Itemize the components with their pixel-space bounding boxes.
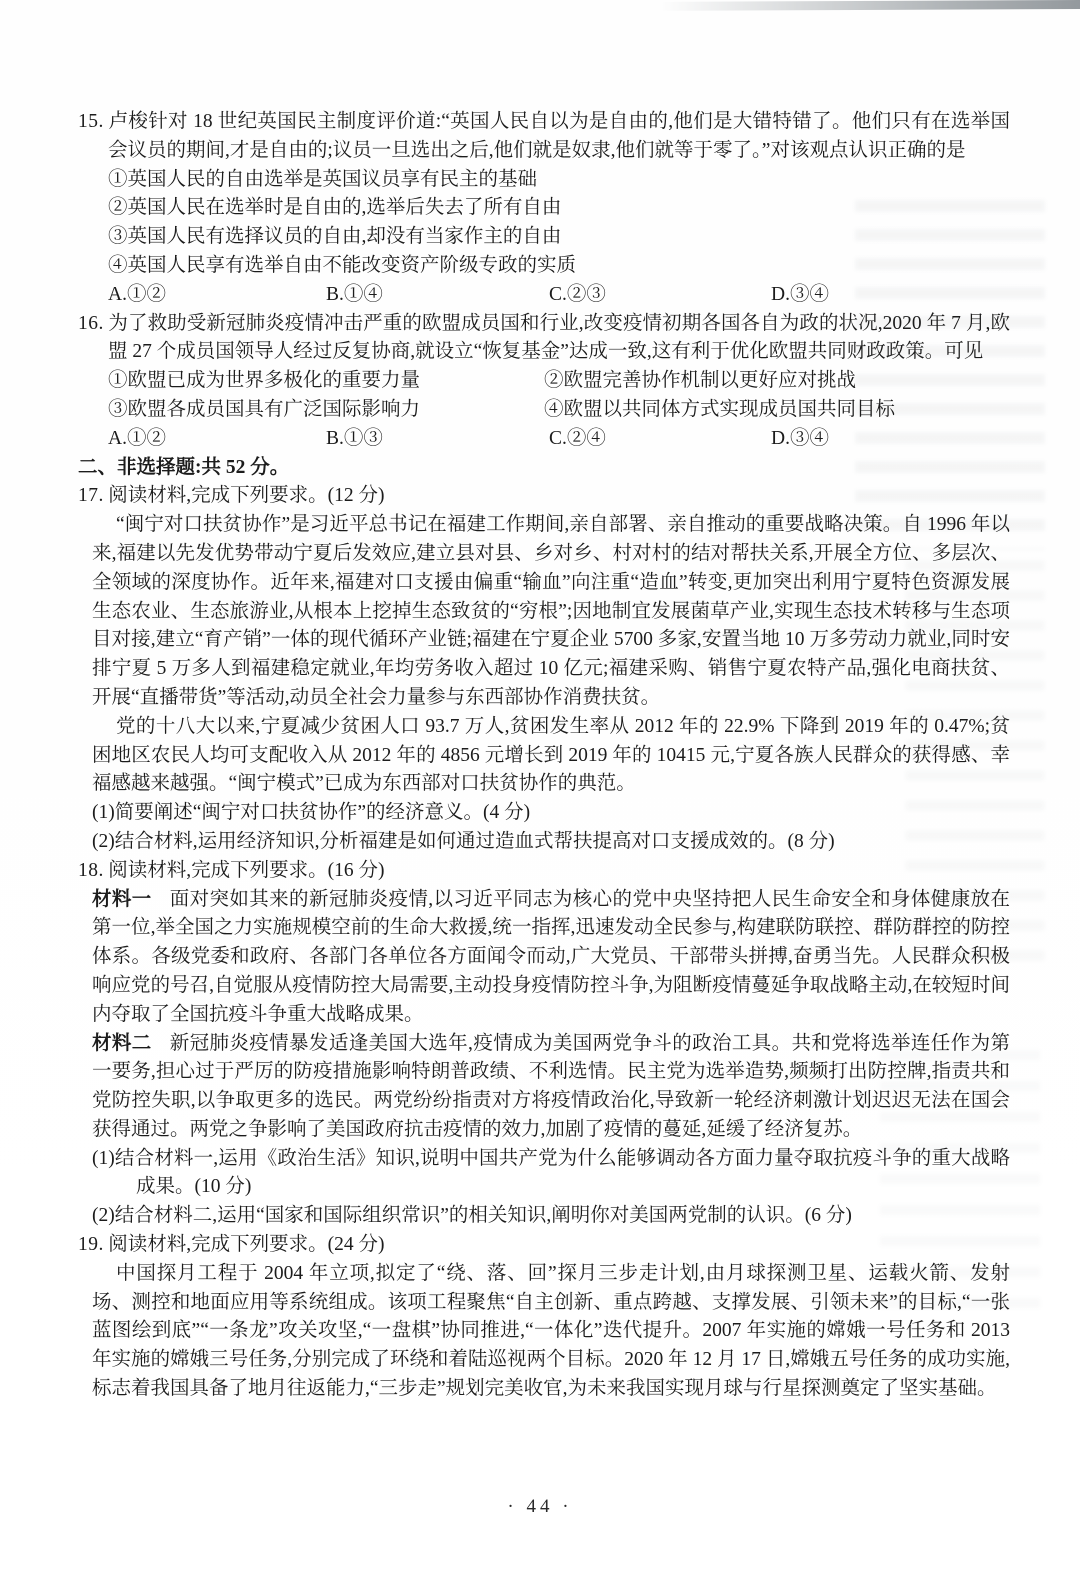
q19-header: 19.阅读材料,完成下列要求。(24 分) bbox=[78, 1231, 1010, 1260]
q16-option-3: ③欧盟各成员国具有广泛国际影响力 bbox=[108, 396, 544, 425]
question-15: 15.卢梭针对 18 世纪英国民主制度评价道:“英国人民自以为是自由的,他们是大… bbox=[78, 108, 1010, 310]
q17-paragraph-1: “闽宁对口扶贫协作”是习近平总书记在福建工作期间,亲自部署、亲自推动的重要战略决… bbox=[78, 511, 1010, 713]
q18-material-2-label: 材料二 bbox=[92, 1033, 152, 1054]
q15-number: 15. bbox=[78, 111, 108, 132]
q16-stem: 16.为了救助受新冠肺炎疫情冲击严重的欧盟成员国和行业,改变疫情初期各国各自为政… bbox=[78, 310, 1010, 368]
q15-stem: 15.卢梭针对 18 世纪英国民主制度评价道:“英国人民自以为是自由的,他们是大… bbox=[78, 108, 1010, 166]
q17-subquestion-1: (1)简要阐述“闽宁对口扶贫协作”的经济意义。(4 分) bbox=[78, 799, 1010, 828]
q15-choice-d: D.③④ bbox=[771, 281, 1010, 310]
q18-header-text: 阅读材料,完成下列要求。(16 分) bbox=[108, 860, 384, 881]
q15-choice-a: A.①② bbox=[108, 281, 326, 310]
q15-option-4: ④英国人民享有选举自由不能改变资产阶级专政的实质 bbox=[78, 252, 1010, 281]
q16-choice-d: D.③④ bbox=[771, 425, 1010, 454]
q16-options-row-2: ③欧盟各成员国具有广泛国际影响力 ④欧盟以共同体方式实现成员国共同目标 bbox=[78, 396, 1010, 425]
q18-number: 18. bbox=[78, 860, 108, 881]
q17-header: 17.阅读材料,完成下列要求。(12 分) bbox=[78, 482, 1010, 511]
q16-choice-a: A.①② bbox=[108, 425, 326, 454]
q15-choice-b: B.①④ bbox=[326, 281, 549, 310]
q15-answer-choices: A.①② B.①④ C.②③ D.③④ bbox=[78, 281, 1010, 310]
q16-choice-c: C.②④ bbox=[549, 425, 771, 454]
q15-stem-text: 卢梭针对 18 世纪英国民主制度评价道:“英国人民自以为是自由的,他们是大错特错… bbox=[108, 111, 1010, 161]
page-number: · 44 · bbox=[0, 1496, 1080, 1518]
page-content: 15.卢梭针对 18 世纪英国民主制度评价道:“英国人民自以为是自由的,他们是大… bbox=[78, 108, 1010, 1404]
q16-options-row-1: ①欧盟已成为世界多极化的重要力量 ②欧盟完善协作机制以更好应对挑战 bbox=[78, 367, 1010, 396]
scan-edge-artifact bbox=[660, 0, 1080, 11]
q16-option-1: ①欧盟已成为世界多极化的重要力量 bbox=[108, 367, 544, 396]
q18-header: 18.阅读材料,完成下列要求。(16 分) bbox=[78, 857, 1010, 886]
q17-paragraph-2: 党的十八大以来,宁夏减少贫困人口 93.7 万人,贫困发生率从 2012 年的 … bbox=[78, 713, 1010, 799]
q15-option-1: ①英国人民的自由选举是英国议员享有民主的基础 bbox=[78, 166, 1010, 195]
q15-choice-c: C.②③ bbox=[549, 281, 771, 310]
q15-option-2: ②英国人民在选举时是自由的,选举后失去了所有自由 bbox=[78, 194, 1010, 223]
q18-material-2-text: 新冠肺炎疫情暴发适逢美国大选年,疫情成为美国两党争斗的政治工具。共和党将选举连任… bbox=[92, 1033, 1010, 1140]
q18-subquestion-2: (2)结合材料二,运用“国家和国际组织常识”的相关知识,阐明你对美国两党制的认识… bbox=[78, 1202, 1010, 1231]
q17-subquestion-2: (2)结合材料,运用经济知识,分析福建是如何通过造血式帮扶提高对口支援成效的。(… bbox=[78, 828, 1010, 857]
q16-answer-choices: A.①② B.①③ C.②④ D.③④ bbox=[78, 425, 1010, 454]
q16-choice-b: B.①③ bbox=[326, 425, 549, 454]
q18-subquestion-1: (1)结合材料一,运用《政治生活》知识,说明中国共产党为什么能够调动各方面力量夺… bbox=[78, 1145, 1010, 1203]
q18-material-1-label: 材料一 bbox=[92, 889, 152, 910]
q15-option-3: ③英国人民有选择议员的自由,却没有当家作主的自由 bbox=[78, 223, 1010, 252]
q18-material-1: 材料一面对突如其来的新冠肺炎疫情,以习近平同志为核心的党中央坚持把人民生命安全和… bbox=[78, 886, 1010, 1030]
q16-option-2: ②欧盟完善协作机制以更好应对挑战 bbox=[544, 367, 1010, 396]
question-18: 18.阅读材料,完成下列要求。(16 分) 材料一面对突如其来的新冠肺炎疫情,以… bbox=[78, 857, 1010, 1231]
q18-material-1-text: 面对突如其来的新冠肺炎疫情,以习近平同志为核心的党中央坚持把人民生命安全和身体健… bbox=[92, 889, 1010, 1025]
question-17: 17.阅读材料,完成下列要求。(12 分) “闽宁对口扶贫协作”是习近平总书记在… bbox=[78, 482, 1010, 856]
exam-paper-page: 15.卢梭针对 18 世纪英国民主制度评价道:“英国人民自以为是自由的,他们是大… bbox=[0, 0, 1080, 1572]
q16-option-4: ④欧盟以共同体方式实现成员国共同目标 bbox=[544, 396, 1010, 425]
q18-material-2: 材料二新冠肺炎疫情暴发适逢美国大选年,疫情成为美国两党争斗的政治工具。共和党将选… bbox=[78, 1030, 1010, 1145]
q16-stem-text: 为了救助受新冠肺炎疫情冲击严重的欧盟成员国和行业,改变疫情初期各国各自为政的状况… bbox=[108, 313, 1010, 363]
q19-paragraph-1: 中国探月工程于 2004 年立项,拟定了“绕、落、回”探月三步走计划,由月球探测… bbox=[78, 1260, 1010, 1404]
question-19: 19.阅读材料,完成下列要求。(24 分) 中国探月工程于 2004 年立项,拟… bbox=[78, 1231, 1010, 1404]
q16-number: 16. bbox=[78, 313, 108, 334]
q17-header-text: 阅读材料,完成下列要求。(12 分) bbox=[108, 485, 384, 506]
section-2-title: 二、非选择题:共 52 分。 bbox=[78, 454, 1010, 483]
q17-number: 17. bbox=[78, 485, 108, 506]
q19-header-text: 阅读材料,完成下列要求。(24 分) bbox=[108, 1234, 384, 1255]
q19-number: 19. bbox=[78, 1234, 108, 1255]
question-16: 16.为了救助受新冠肺炎疫情冲击严重的欧盟成员国和行业,改变疫情初期各国各自为政… bbox=[78, 310, 1010, 454]
